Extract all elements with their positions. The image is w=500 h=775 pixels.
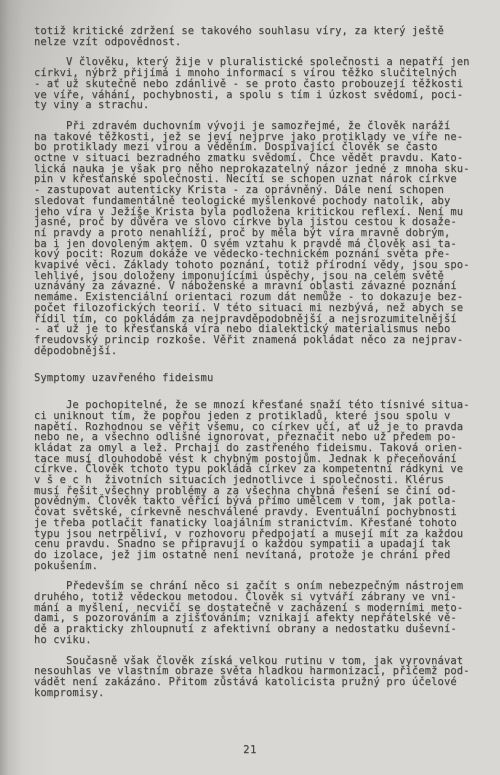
- text-block: totiž kritické zdržení se takového souhl…: [34, 26, 482, 708]
- paragraph: V člověku, který žije v pluralistické sp…: [34, 57, 482, 111]
- page-number: 21: [0, 744, 500, 756]
- paragraph: Je pochopitelné, že se mnozí křesťané sn…: [34, 400, 482, 571]
- paragraph: Především se chrání něco si začít s oním…: [34, 581, 482, 645]
- scanned-book-page: totiž kritické zdržení se takového souhl…: [0, 0, 500, 775]
- paragraph-continuation: totiž kritické zdržení se takového souhl…: [34, 26, 482, 47]
- paragraph: Současně však člověk získá velkou rutinu…: [34, 656, 482, 699]
- section-heading: Symptomy uzavřeného fideismu: [34, 373, 482, 384]
- paragraph: Při zdravém duchovním vývoji je samozřej…: [34, 121, 482, 356]
